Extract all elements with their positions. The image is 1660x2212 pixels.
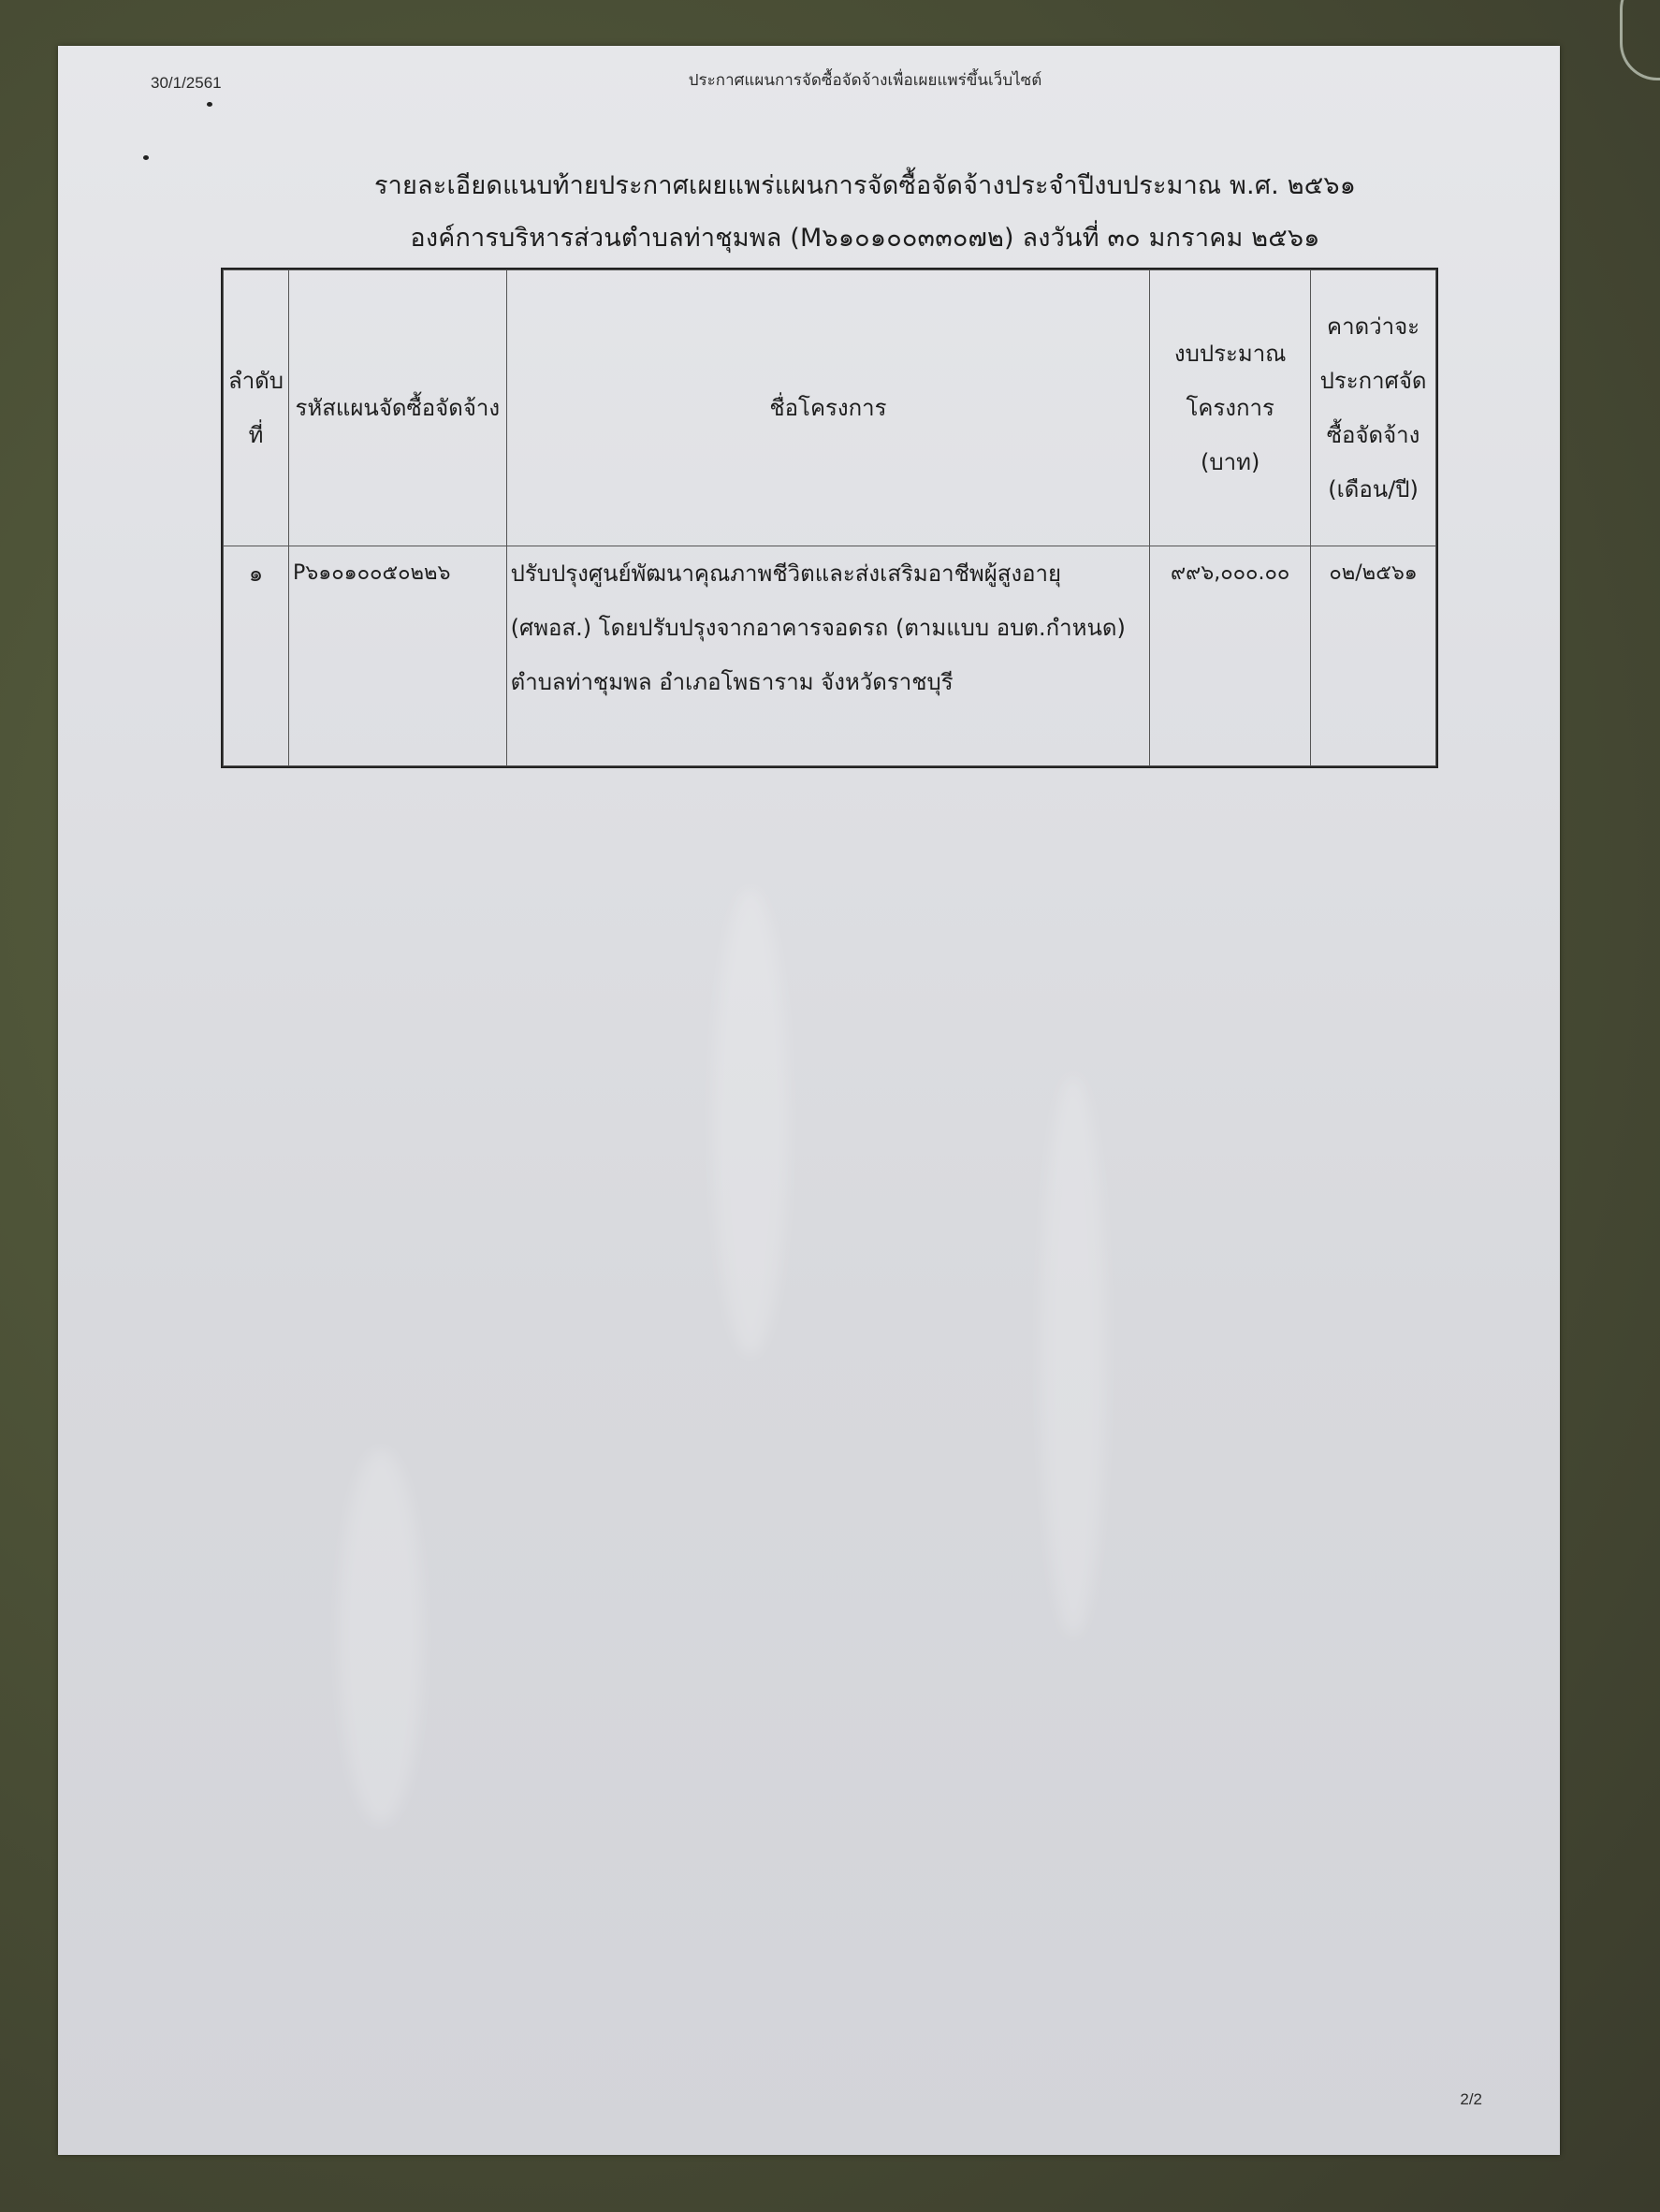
header-code: รหัสแผนจัดซื้อจัดจ้าง <box>289 270 507 546</box>
cell-code: P๖๑๐๑๐๐๕๐๒๒๖ <box>289 546 507 766</box>
ink-dot <box>143 155 149 160</box>
table-header-row: ลำดับที่ รหัสแผนจัดซื้อจัดจ้าง ชื่อโครงก… <box>224 270 1436 546</box>
document-subtitle: องค์การบริหารส่วนตำบลท่าชุมพล (M๖๑๐๑๐๐๓๓… <box>58 217 1560 257</box>
header-no: ลำดับที่ <box>224 270 289 546</box>
cell-name: ปรับปรุงศูนย์พัฒนาคุณภาพชีวิตและส่งเสริม… <box>506 546 1150 766</box>
cell-no: ๑ <box>224 546 289 766</box>
document-title: รายละเอียดแนบท้ายประกาศเผยแพร่แผนการจัดซ… <box>58 165 1560 205</box>
document-page: 30/1/2561 ประกาศแผนการจัดซื้อจัดจ้างเพื่… <box>58 46 1560 2155</box>
cell-budget: ๙๙๖,๐๐๐.๐๐ <box>1150 546 1311 766</box>
ink-dot <box>207 102 212 107</box>
table-row: ๑ P๖๑๐๑๐๐๕๐๒๒๖ ปรับปรุงศูนย์พัฒนาคุณภาพช… <box>224 546 1436 766</box>
header-budget: งบประมาณโครงการ (บาท) <box>1150 270 1311 546</box>
paperclip <box>1620 0 1660 80</box>
header-month: คาดว่าจะประกาศจัดซื้อจัดจ้าง (เดือน/ปี) <box>1311 270 1436 546</box>
header-name: ชื่อโครงการ <box>506 270 1150 546</box>
page-number: 2/2 <box>1460 2090 1482 2109</box>
procurement-plan-table: ลำดับที่ รหัสแผนจัดซื้อจัดจ้าง ชื่อโครงก… <box>223 269 1436 766</box>
cell-month: ๐๒/๒๕๖๑ <box>1311 546 1436 766</box>
print-header-title: ประกาศแผนการจัดซื้อจัดจ้างเพื่อเผยแพร่ขึ… <box>58 67 1560 93</box>
